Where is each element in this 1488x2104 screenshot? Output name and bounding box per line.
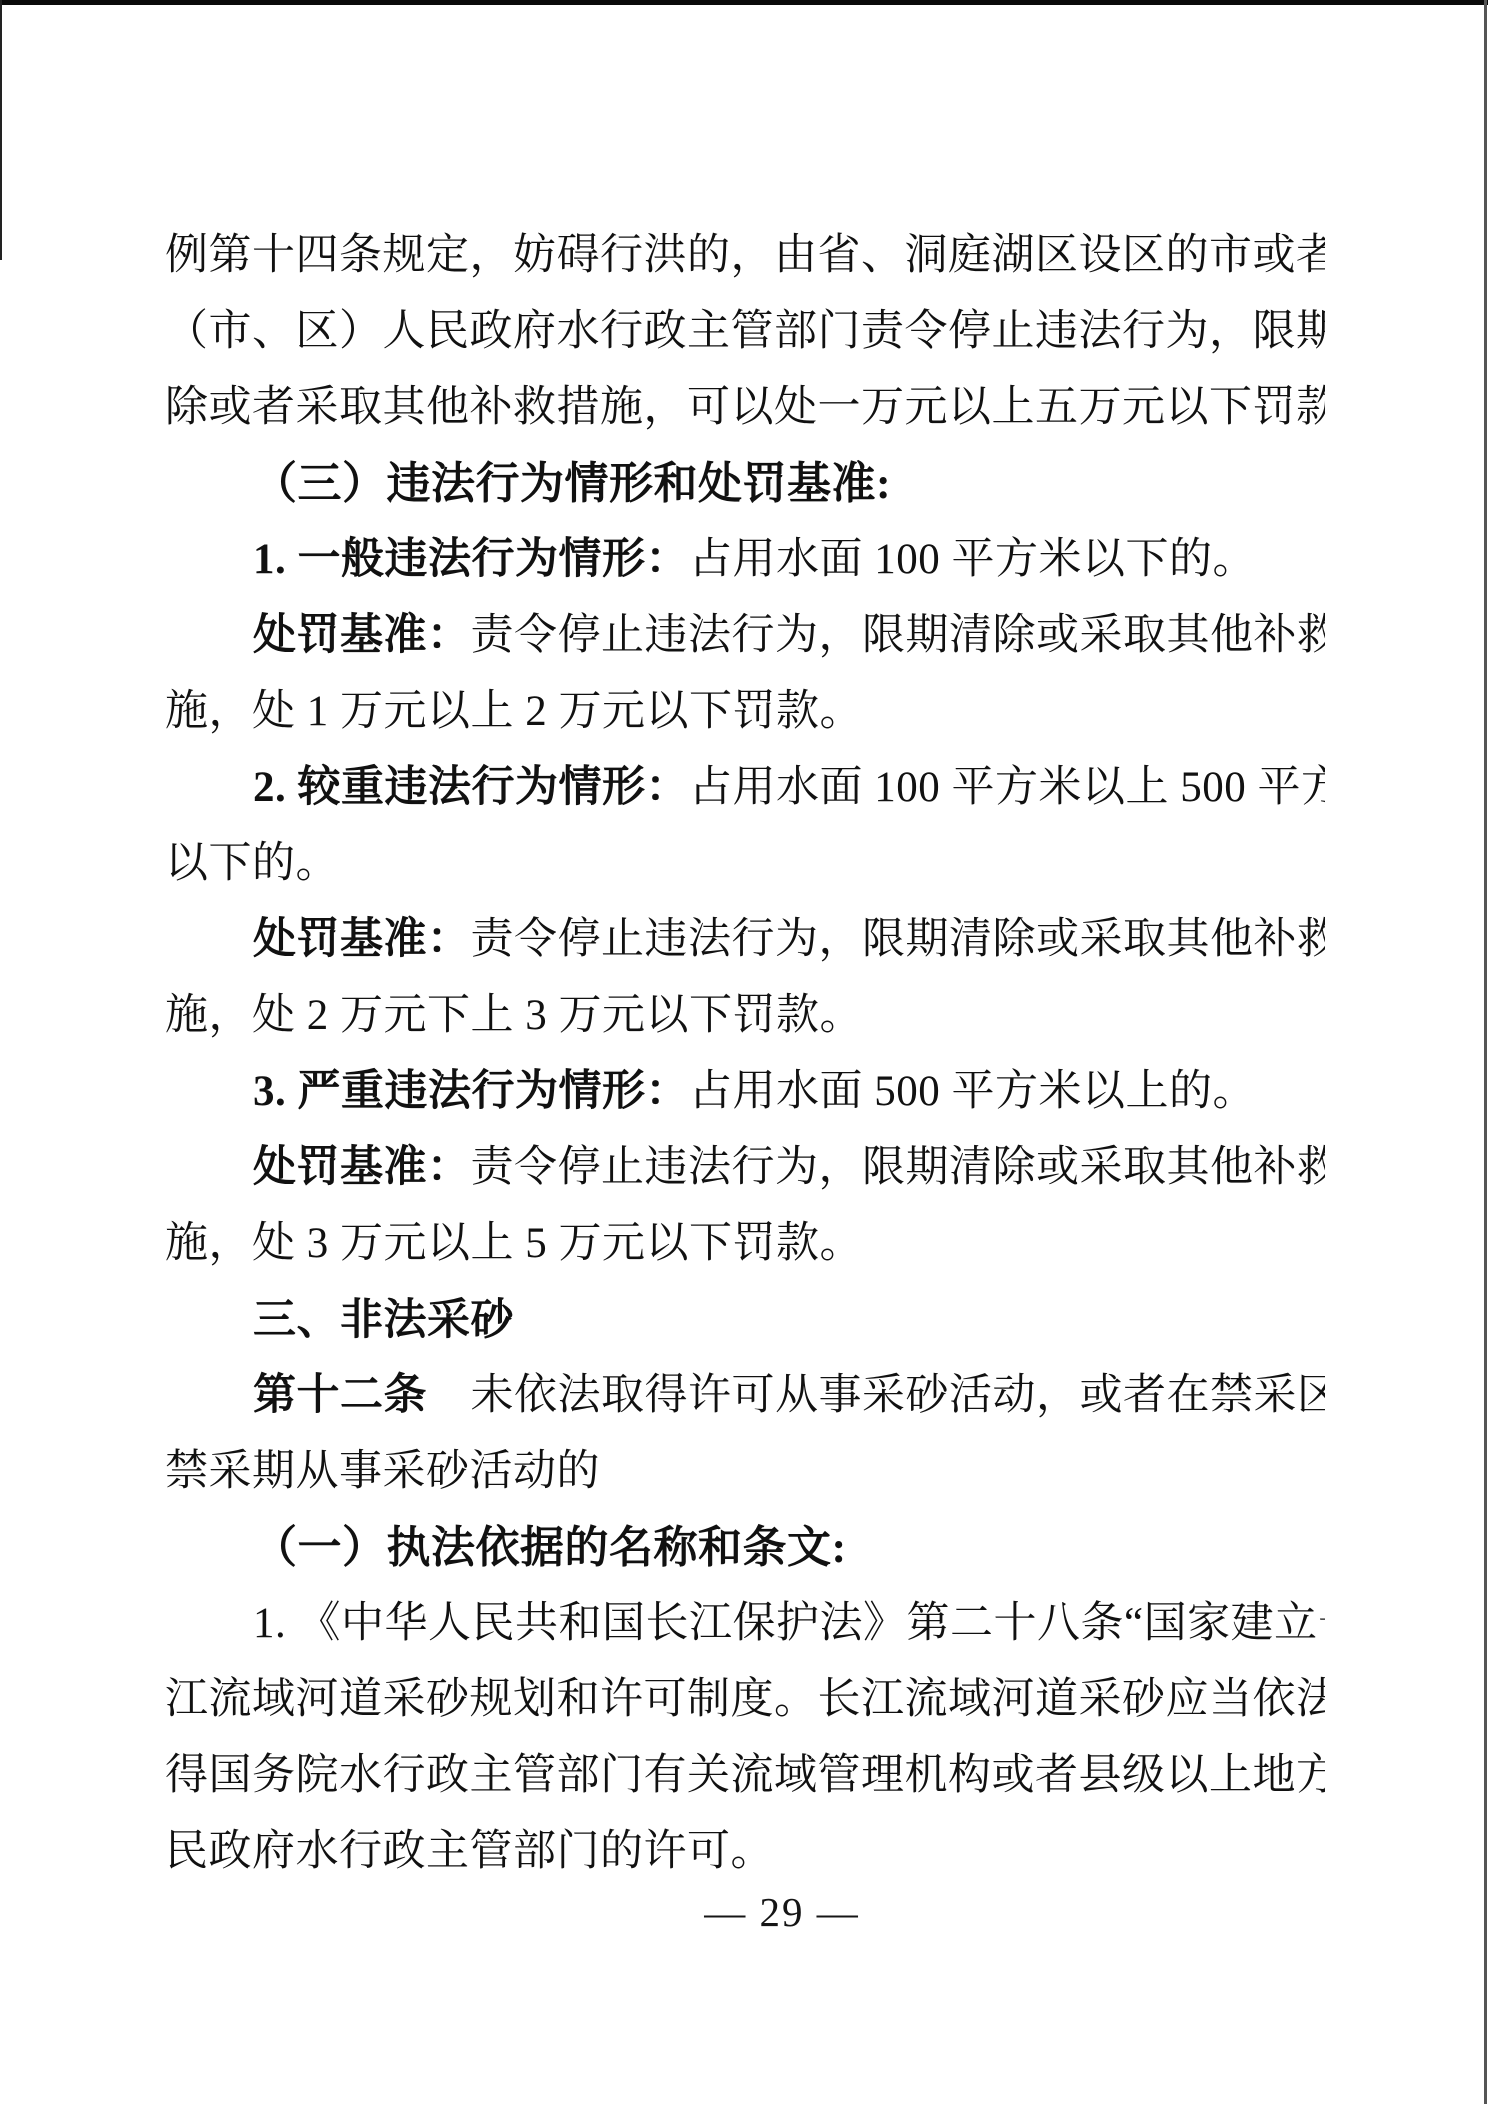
page-number: — 29 — [38,1884,1488,1940]
text-segment-bold: 2. 较重违法行为情形： [253,764,689,811]
text-line-18: （一）执法依据的名称和条文: [165,1510,1325,1586]
text-segment: 责令停止违法行为，限期清除或采取其他补救措 [471,1144,1326,1191]
text-line-21: 得国务院水行政主管部门有关流域管理机构或者县级以上地方人 [165,1738,1325,1814]
document-body: 例第十四条规定，妨碍行洪的，由省、洞庭湖区设区的市或者县（市、区）人民政府水行政… [165,218,1325,1890]
text-segment: 占用水面 100 平方米以下的。 [689,536,1256,583]
text-segment: 以下的。 [165,840,339,887]
text-segment-bold: 处罚基准： [253,916,471,963]
text-segment: 施，处 1 万元以上 2 万元以下罚款。 [165,688,863,735]
scan-edge-top [0,0,1488,5]
text-line-6: 处罚基准：责令停止违法行为，限期清除或采取其他补救措 [165,598,1325,674]
text-segment: 江流域河道采砂规划和许可制度。长江流域河道采砂应当依法取 [165,1676,1325,1723]
text-segment: 例第十四条规定，妨碍行洪的，由省、洞庭湖区设区的市或者县 [165,232,1325,279]
text-segment: （市、区）人民政府水行政主管部门责令停止违法行为，限期清 [165,308,1325,355]
text-line-13: 处罚基准：责令停止违法行为，限期清除或采取其他补救措 [165,1130,1325,1206]
text-segment-bold: （一）执法依据的名称和条文: [253,1523,847,1572]
text-segment: 禁采期从事采砂活动的 [165,1448,600,1495]
text-segment: 占用水面 100 平方米以上 500 平方米 [689,764,1325,811]
text-segment: 未依法取得许可从事采砂活动，或者在禁采区和 [427,1372,1325,1419]
text-line-5: 1. 一般违法行为情形：占用水面 100 平方米以下的。 [165,522,1325,598]
text-line-12: 3. 严重违法行为情形：占用水面 500 平方米以上的。 [165,1054,1325,1130]
text-line-9: 以下的。 [165,826,1325,902]
text-segment-bold: 1. 一般违法行为情形： [253,536,689,583]
text-line-2: （市、区）人民政府水行政主管部门责令停止违法行为，限期清 [165,294,1325,370]
text-segment: 除或者采取其他补救措施，可以处一万元以上五万元以下罚款。” [165,384,1325,431]
text-segment-bold: 3. 严重违法行为情形： [253,1068,689,1115]
text-line-1: 例第十四条规定，妨碍行洪的，由省、洞庭湖区设区的市或者县 [165,218,1325,294]
text-segment: 得国务院水行政主管部门有关流域管理机构或者县级以上地方人 [165,1752,1325,1799]
text-line-10: 处罚基准：责令停止违法行为，限期清除或采取其他补救措 [165,902,1325,978]
scan-edge-right [1484,0,1487,2104]
text-segment: 施，处 2 万元下上 3 万元以下罚款。 [165,992,863,1039]
text-segment-bold: 处罚基准： [253,1144,471,1191]
text-line-4: （三）违法行为情形和处罚基准: [165,446,1325,522]
text-segment: 占用水面 500 平方米以上的。 [689,1068,1256,1115]
text-segment-bold: 处罚基准： [253,612,471,659]
text-segment-bold: （三）违法行为情形和处罚基准: [253,459,891,508]
text-segment-bold: 三、非法采砂 [253,1296,514,1344]
text-line-20: 江流域河道采砂规划和许可制度。长江流域河道采砂应当依法取 [165,1662,1325,1738]
text-segment: 责令停止违法行为，限期清除或采取其他补救措 [471,916,1326,963]
text-line-8: 2. 较重违法行为情形：占用水面 100 平方米以上 500 平方米 [165,750,1325,826]
text-line-3: 除或者采取其他补救措施，可以处一万元以上五万元以下罚款。” [165,370,1325,446]
text-line-16: 第十二条 未依法取得许可从事采砂活动，或者在禁采区和 [165,1358,1325,1434]
text-line-17: 禁采期从事采砂活动的 [165,1434,1325,1510]
text-line-7: 施，处 1 万元以上 2 万元以下罚款。 [165,674,1325,750]
text-line-14: 施，处 3 万元以上 5 万元以下罚款。 [165,1206,1325,1282]
text-segment: 民政府水行政主管部门的许可。 [165,1828,774,1875]
text-line-11: 施，处 2 万元下上 3 万元以下罚款。 [165,978,1325,1054]
text-segment: 1. 《中华人民共和国长江保护法》第二十八条“国家建立长 [253,1600,1325,1647]
text-line-15: 三、非法采砂 [165,1282,1325,1358]
text-segment-bold: 第十二条 [253,1372,427,1419]
scan-edge-left [0,0,2,260]
text-line-19: 1. 《中华人民共和国长江保护法》第二十八条“国家建立长 [165,1586,1325,1662]
text-segment: 责令停止违法行为，限期清除或采取其他补救措 [471,612,1326,659]
text-line-22: 民政府水行政主管部门的许可。 [165,1814,1325,1890]
document-page: 例第十四条规定，妨碍行洪的，由省、洞庭湖区设区的市或者县（市、区）人民政府水行政… [0,0,1488,2104]
text-segment: 施，处 3 万元以上 5 万元以下罚款。 [165,1220,863,1267]
